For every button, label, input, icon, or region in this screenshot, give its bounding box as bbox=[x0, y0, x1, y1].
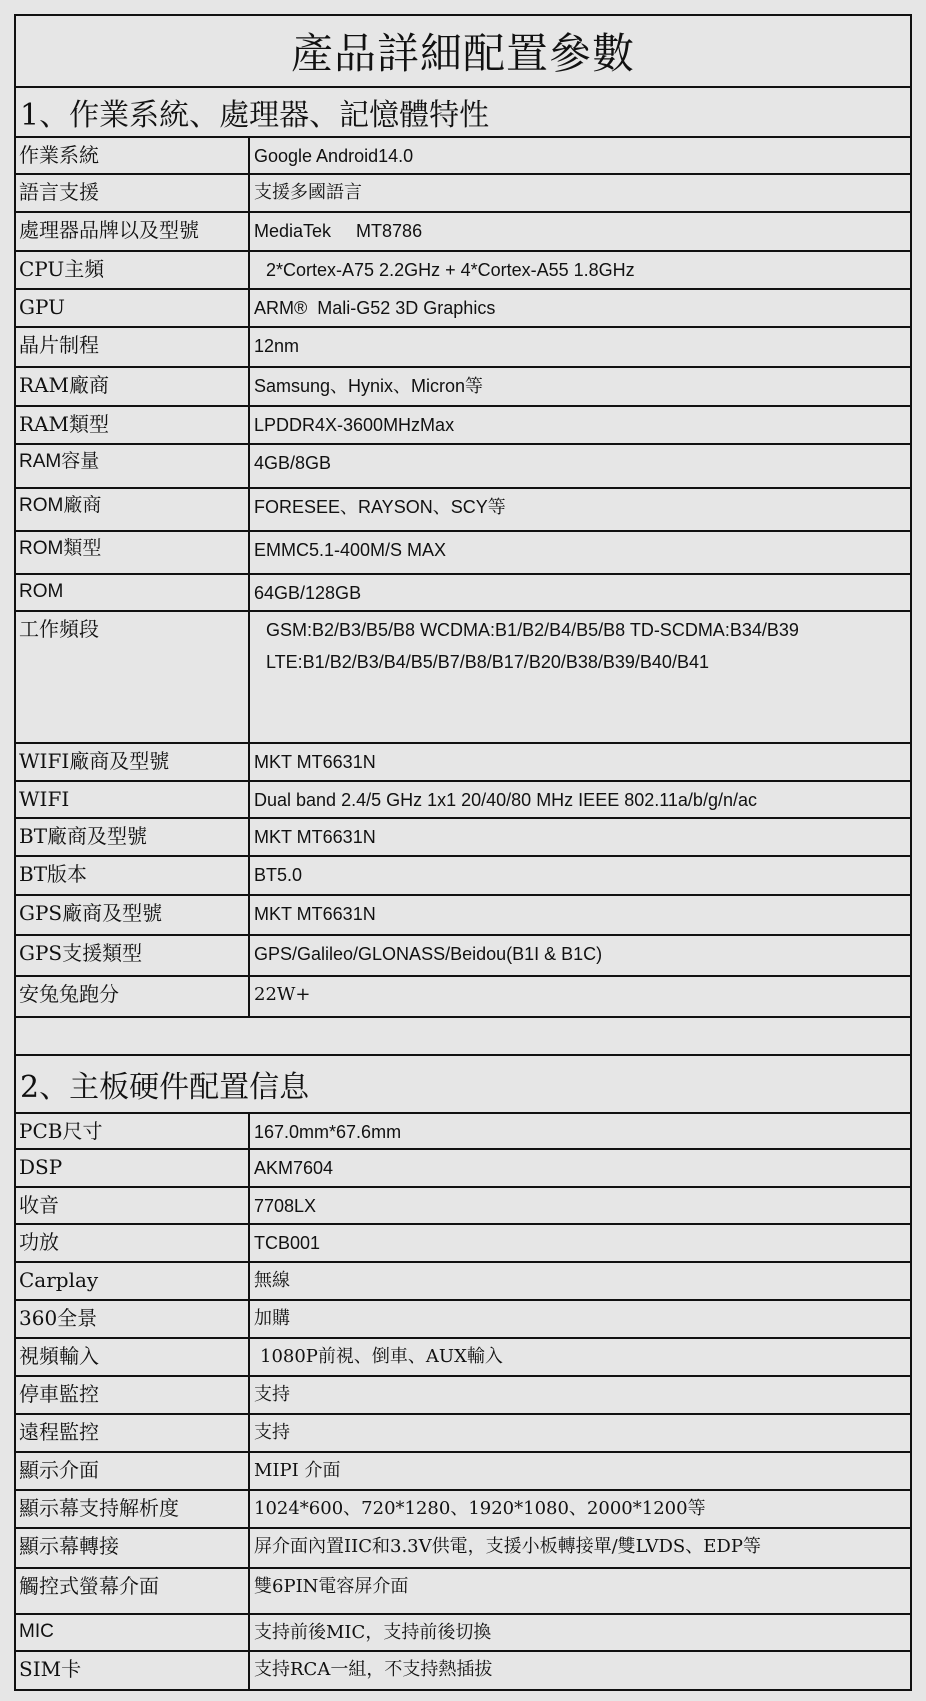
row-value: 支援多國語言 bbox=[250, 175, 910, 211]
row-value: MediaTek MT8786 bbox=[250, 213, 910, 250]
row-value: LPDDR4X-3600MHzMax bbox=[250, 407, 910, 443]
section-heading-1: 1、作業系統、處理器、記憶體特性 bbox=[16, 88, 910, 138]
row-label: 觸控式螢幕介面 bbox=[16, 1569, 250, 1613]
row-value: 12nm bbox=[250, 328, 910, 366]
row-label: 晶片制程 bbox=[16, 328, 250, 366]
row-label: ROM類型 bbox=[16, 532, 250, 573]
row-value: 支持 bbox=[250, 1377, 910, 1413]
row-label: CPU主頻 bbox=[16, 252, 250, 288]
row-label: 停車監控 bbox=[16, 1377, 250, 1413]
section-heading-2: 2、主板硬件配置信息 bbox=[16, 1056, 910, 1114]
table-row: 收音 7708LX bbox=[16, 1188, 910, 1225]
row-value: 7708LX bbox=[250, 1188, 910, 1223]
table-row: MIC 支持前後MIC，支持前後切換 bbox=[16, 1615, 910, 1652]
row-label: Carplay bbox=[16, 1263, 250, 1299]
band-line-2: LTE:B1/B2/B3/B4/B5/B7/B8/B17/B20/B38/B39… bbox=[266, 646, 910, 678]
table-row: 顯示幕轉接 屏介面內置IIC和3.3V供電，支援小板轉接單/雙LVDS、EDP等 bbox=[16, 1529, 910, 1569]
row-label: GPS支援類型 bbox=[16, 936, 250, 975]
row-value: TCB001 bbox=[250, 1225, 910, 1261]
table-row: WIFI廠商及型號 MKT MT6631N bbox=[16, 744, 910, 782]
row-label: WIFI廠商及型號 bbox=[16, 744, 250, 780]
row-label: BT版本 bbox=[16, 857, 250, 894]
row-label: ROM廠商 bbox=[16, 489, 250, 530]
row-value: 支持前後MIC，支持前後切換 bbox=[250, 1615, 910, 1650]
row-label: GPS廠商及型號 bbox=[16, 896, 250, 934]
table-row: WIFI Dual band 2.4/5 GHz 1x1 20/40/80 MH… bbox=[16, 782, 910, 819]
table-row: RAM類型 LPDDR4X-3600MHzMax bbox=[16, 407, 910, 445]
row-value: 1080P前視、倒車、AUX輸入 bbox=[250, 1339, 910, 1375]
row-label: 收音 bbox=[16, 1188, 250, 1223]
table-row: 處理器品牌以及型號 MediaTek MT8786 bbox=[16, 213, 910, 252]
table-row: 功放 TCB001 bbox=[16, 1225, 910, 1263]
table-row: 觸控式螢幕介面 雙6PIN電容屏介面 bbox=[16, 1569, 910, 1615]
row-label: GPU bbox=[16, 290, 250, 326]
row-label: ROM bbox=[16, 575, 250, 610]
row-label: BT廠商及型號 bbox=[16, 819, 250, 855]
row-value: 屏介面內置IIC和3.3V供電，支援小板轉接單/雙LVDS、EDP等 bbox=[250, 1529, 910, 1567]
table-row: CPU主頻 2*Cortex-A75 2.2GHz + 4*Cortex-A55… bbox=[16, 252, 910, 290]
row-label: RAM廠商 bbox=[16, 368, 250, 405]
table-row: ROM類型 EMMC5.1-400M/S MAX bbox=[16, 532, 910, 575]
row-value: MKT MT6631N bbox=[250, 744, 910, 780]
row-label: RAM容量 bbox=[16, 445, 250, 487]
table-row: GPS支援類型 GPS/Galileo/GLONASS/Beidou(B1I &… bbox=[16, 936, 910, 977]
row-value: 雙6PIN電容屏介面 bbox=[250, 1569, 910, 1613]
row-label: 安兔兔跑分 bbox=[16, 977, 250, 1016]
row-label: 360全景 bbox=[16, 1301, 250, 1337]
row-value: Dual band 2.4/5 GHz 1x1 20/40/80 MHz IEE… bbox=[250, 782, 910, 817]
row-value-multiline: GSM:B2/B3/B5/B8 WCDMA:B1/B2/B4/B5/B8 TD-… bbox=[250, 612, 910, 742]
row-label: DSP bbox=[16, 1150, 250, 1186]
row-value: GPS/Galileo/GLONASS/Beidou(B1I & B1C) bbox=[250, 936, 910, 975]
row-label: PCB尺寸 bbox=[16, 1114, 250, 1148]
row-value: Google Android14.0 bbox=[250, 138, 910, 173]
table-row: SIM卡 支持RCA一組，不支持熱插拔 bbox=[16, 1652, 910, 1689]
table-row: 遠程監控 支持 bbox=[16, 1415, 910, 1453]
table-row: ROM廠商 FORESEE、RAYSON、SCY等 bbox=[16, 489, 910, 532]
row-value: 支持RCA一組，不支持熱插拔 bbox=[250, 1652, 910, 1689]
spec-sheet-table: 產品詳細配置參數 1、作業系統、處理器、記憶體特性 作業系統 Google An… bbox=[14, 14, 912, 1691]
table-row: RAM廠商 Samsung、Hynix、Micron等 bbox=[16, 368, 910, 407]
table-row: 工作頻段 GSM:B2/B3/B5/B8 WCDMA:B1/B2/B4/B5/B… bbox=[16, 612, 910, 744]
row-label: 作業系統 bbox=[16, 138, 250, 173]
table-row: 安兔兔跑分 22W+ bbox=[16, 977, 910, 1018]
table-row: GPU ARM® Mali-G52 3D Graphics bbox=[16, 290, 910, 328]
row-value: 無線 bbox=[250, 1263, 910, 1299]
row-value: MKT MT6631N bbox=[250, 896, 910, 934]
row-value: 22W+ bbox=[250, 977, 910, 1016]
table-row: 晶片制程 12nm bbox=[16, 328, 910, 368]
row-label: 工作頻段 bbox=[16, 612, 250, 742]
row-label: MIC bbox=[16, 1615, 250, 1650]
table-row: BT廠商及型號 MKT MT6631N bbox=[16, 819, 910, 857]
row-value: 加購 bbox=[250, 1301, 910, 1337]
empty-spacer-row bbox=[16, 1018, 910, 1056]
table-row: 語言支援 支援多國語言 bbox=[16, 175, 910, 213]
table-row: GPS廠商及型號 MKT MT6631N bbox=[16, 896, 910, 936]
band-line-1: GSM:B2/B3/B5/B8 WCDMA:B1/B2/B4/B5/B8 TD-… bbox=[266, 614, 910, 646]
row-value: 2*Cortex-A75 2.2GHz + 4*Cortex-A55 1.8GH… bbox=[250, 252, 910, 288]
row-label: 視頻輸入 bbox=[16, 1339, 250, 1375]
row-value: 64GB/128GB bbox=[250, 575, 910, 610]
table-row: PCB尺寸 167.0mm*67.6mm bbox=[16, 1114, 910, 1150]
row-label: 語言支援 bbox=[16, 175, 250, 211]
table-row: 停車監控 支持 bbox=[16, 1377, 910, 1415]
table-row: 作業系統 Google Android14.0 bbox=[16, 138, 910, 175]
table-row: BT版本 BT5.0 bbox=[16, 857, 910, 896]
table-row: RAM容量 4GB/8GB bbox=[16, 445, 910, 489]
table-row: 顯示幕支持解析度 1024*600、720*1280、1920*1080、200… bbox=[16, 1491, 910, 1529]
row-label: SIM卡 bbox=[16, 1652, 250, 1689]
row-value: MKT MT6631N bbox=[250, 819, 910, 855]
table-row: DSP AKM7604 bbox=[16, 1150, 910, 1188]
table-row: Carplay 無線 bbox=[16, 1263, 910, 1301]
row-label: WIFI bbox=[16, 782, 250, 817]
row-value: MIPI 介面 bbox=[250, 1453, 910, 1489]
row-value: BT5.0 bbox=[250, 857, 910, 894]
row-value: ARM® Mali-G52 3D Graphics bbox=[250, 290, 910, 326]
row-label: RAM類型 bbox=[16, 407, 250, 443]
row-value: 167.0mm*67.6mm bbox=[250, 1114, 910, 1148]
row-label: 顯示幕支持解析度 bbox=[16, 1491, 250, 1527]
table-row: 視頻輸入 1080P前視、倒車、AUX輸入 bbox=[16, 1339, 910, 1377]
row-label: 顯示幕轉接 bbox=[16, 1529, 250, 1567]
row-label: 遠程監控 bbox=[16, 1415, 250, 1451]
table-row: 360全景 加購 bbox=[16, 1301, 910, 1339]
row-label: 處理器品牌以及型號 bbox=[16, 213, 250, 250]
row-label: 顯示介面 bbox=[16, 1453, 250, 1489]
row-value: FORESEE、RAYSON、SCY等 bbox=[250, 489, 910, 530]
row-label: 功放 bbox=[16, 1225, 250, 1261]
row-value: EMMC5.1-400M/S MAX bbox=[250, 532, 910, 573]
row-value: 支持 bbox=[250, 1415, 910, 1451]
page-title: 產品詳細配置參數 bbox=[16, 16, 910, 88]
table-row: 顯示介面 MIPI 介面 bbox=[16, 1453, 910, 1491]
row-value: AKM7604 bbox=[250, 1150, 910, 1186]
table-row: ROM 64GB/128GB bbox=[16, 575, 910, 612]
row-value: Samsung、Hynix、Micron等 bbox=[250, 368, 910, 405]
row-value: 1024*600、720*1280、1920*1080、2000*1200等 bbox=[250, 1491, 910, 1527]
row-value: 4GB/8GB bbox=[250, 445, 910, 487]
